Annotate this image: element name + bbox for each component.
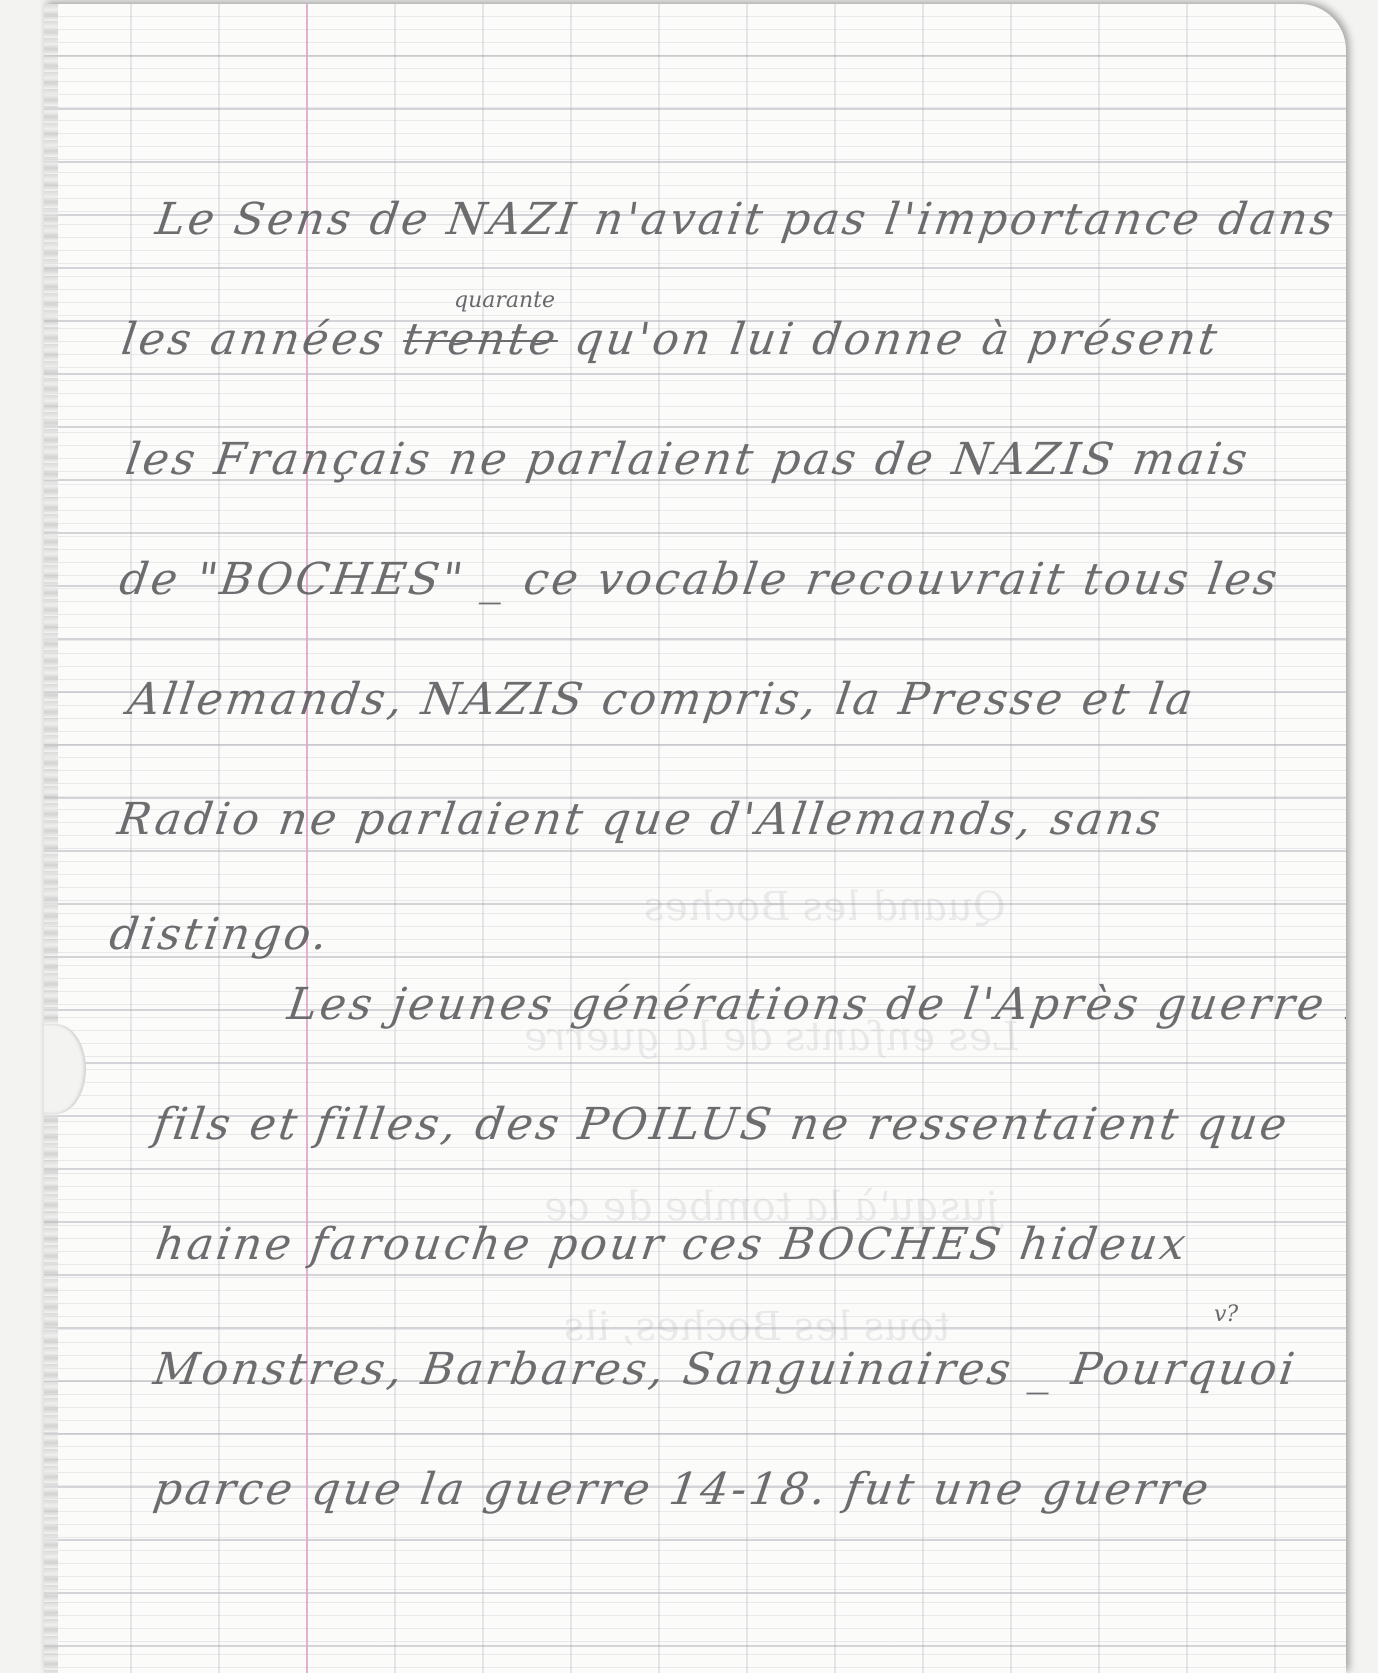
margin-mark: v? — [1214, 1302, 1238, 1327]
handwritten-line: les années trente qu'on lui donne à prés… — [118, 314, 1223, 365]
handwritten-line: distingo. — [106, 909, 333, 960]
handwritten-line: parce que la guerre 14-18. fut une guerr… — [150, 1464, 1214, 1515]
line-text: les années — [118, 314, 389, 365]
handwritten-body: Le Sens de NAZI n'avait pas l'importance… — [44, 4, 1346, 1673]
handwritten-line: haine farouche pour ces BOCHES hideux — [152, 1219, 1191, 1270]
handwritten-line: Radio ne parlaient que d'Allemands, sans — [114, 794, 1166, 845]
handwritten-line: de "BOCHES" _ ce vocable recouvrait tous… — [116, 554, 1283, 605]
handwritten-line: les Français ne parlaient pas de NAZIS m… — [122, 434, 1253, 485]
notebook-paper: Quand les Boches Les enfants de la guerr… — [44, 4, 1346, 1673]
handwritten-line: Le Sens de NAZI n'avait pas l'importance… — [152, 194, 1339, 245]
handwritten-line: Monstres, Barbares, Sanguinaires _ Pourq… — [150, 1344, 1300, 1395]
scanned-page: Quand les Boches Les enfants de la guerr… — [0, 0, 1378, 1673]
handwritten-line: Allemands, NAZIS compris, la Presse et l… — [124, 674, 1198, 725]
line-text: qu'on lui donne à présent — [571, 314, 1223, 365]
inserted-correction: quarante — [454, 288, 555, 313]
struck-word: trente — [400, 314, 562, 365]
handwritten-line: fils et filles, des POILUS ne ressentaie… — [150, 1099, 1292, 1150]
handwritten-line: Les jeunes générations de l'Après guerre… — [284, 979, 1346, 1030]
